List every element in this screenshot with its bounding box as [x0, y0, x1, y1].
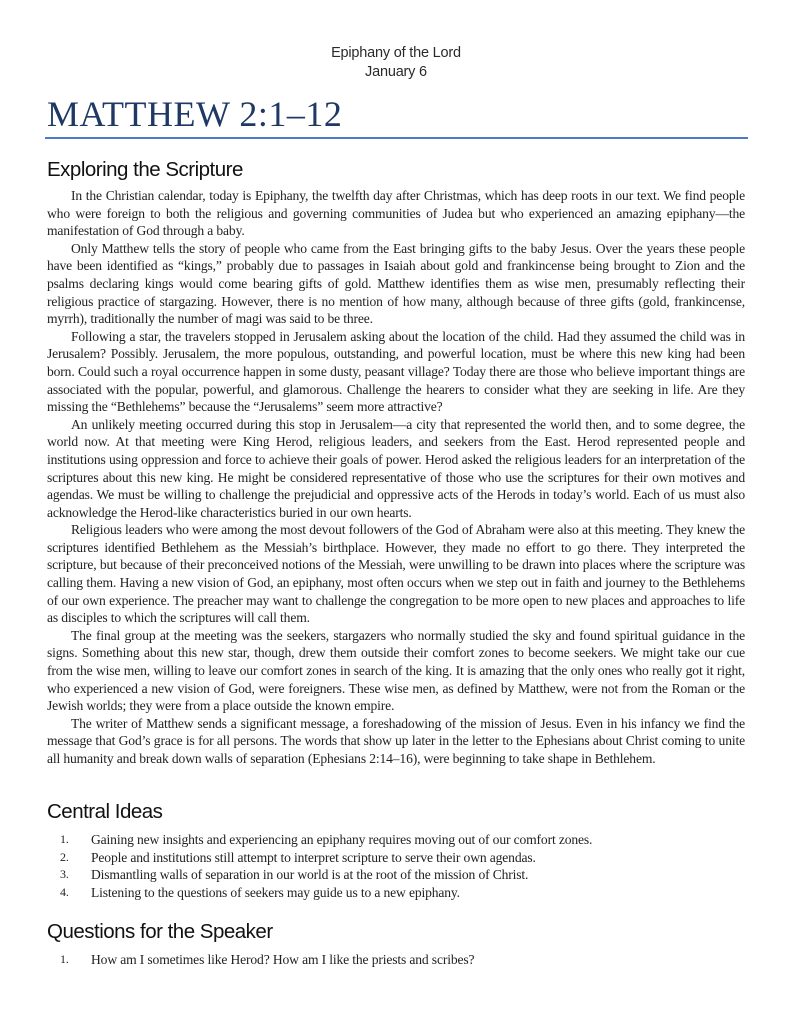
list-text: How am I sometimes like Herod? How am I …	[91, 951, 745, 969]
page-header: Epiphany of the Lord January 6	[47, 44, 745, 82]
section-heading-exploring: Exploring the Scripture	[47, 157, 243, 183]
date-label: January 6	[47, 63, 745, 82]
list-text: People and institutions still attempt to…	[91, 849, 745, 867]
paragraph: Religious leaders who were among the mos…	[47, 521, 745, 627]
paragraph: Only Matthew tells the story of people w…	[47, 240, 745, 328]
paragraph: In the Christian calendar, today is Epip…	[47, 187, 745, 240]
list-item: 3. Dismantling walls of separation in ou…	[47, 866, 745, 884]
central-ideas-list: 1. Gaining new insights and experiencing…	[47, 831, 745, 901]
list-item: 2. People and institutions still attempt…	[47, 849, 745, 867]
questions-list: 1. How am I sometimes like Herod? How am…	[47, 951, 745, 969]
list-text: Listening to the questions of seekers ma…	[91, 884, 745, 902]
paragraph: The writer of Matthew sends a significan…	[47, 715, 745, 768]
list-item: 1. How am I sometimes like Herod? How am…	[47, 951, 745, 969]
title-divider	[45, 137, 748, 139]
list-text: Dismantling walls of separation in our w…	[91, 866, 745, 884]
page-title: MATTHEW 2:1–12	[47, 92, 342, 136]
paragraph: Following a star, the travelers stopped …	[47, 328, 745, 416]
list-number: 1.	[47, 831, 91, 849]
list-item: 1. Gaining new insights and experiencing…	[47, 831, 745, 849]
list-number: 3.	[47, 866, 91, 884]
exploring-body: In the Christian calendar, today is Epip…	[47, 187, 745, 768]
list-number: 1.	[47, 951, 91, 969]
section-heading-central-ideas: Central Ideas	[47, 799, 162, 825]
list-text: Gaining new insights and experiencing an…	[91, 831, 745, 849]
list-number: 2.	[47, 849, 91, 867]
paragraph: An unlikely meeting occurred during this…	[47, 416, 745, 522]
paragraph: The final group at the meeting was the s…	[47, 627, 745, 715]
section-heading-questions: Questions for the Speaker	[47, 919, 273, 945]
occasion-label: Epiphany of the Lord	[47, 44, 745, 63]
list-number: 4.	[47, 884, 91, 902]
list-item: 4. Listening to the questions of seekers…	[47, 884, 745, 902]
